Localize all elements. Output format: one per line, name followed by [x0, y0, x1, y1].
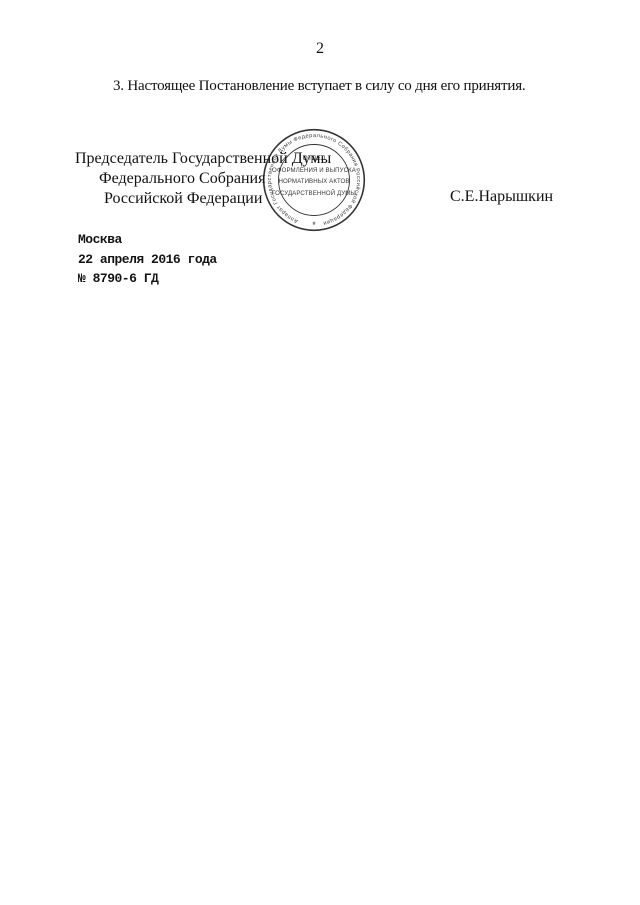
- signature-line-federal-assembly: Федерального Собрания: [99, 170, 265, 188]
- body-paragraph: 3. Настоящее Постановление вступает в си…: [113, 78, 525, 95]
- official-round-stamp: Аппарат Государственной Думы Федеральног…: [259, 125, 369, 235]
- stamp-center-line: НОРМАТИВНЫХ АКТОВ: [278, 178, 349, 185]
- document-number: № 8790-6 ГД: [78, 271, 158, 286]
- star-icon: *: [312, 220, 316, 230]
- signatory-name: С.Е.Нарышкин: [450, 188, 553, 206]
- stamp-center-line: ОФОРМЛЕНИЯ И ВЫПУСКА: [272, 167, 357, 174]
- city-label: Москва: [78, 232, 122, 247]
- document-page: 2 3. Настоящее Постановление вступает в …: [0, 0, 640, 905]
- signature-line-russian-federation: Российской Федерации: [104, 190, 262, 208]
- page-number: 2: [0, 40, 640, 58]
- date-label: 22 апреля 2016 года: [78, 252, 217, 267]
- stamp-center-line: ГОСУДАРСТВЕННОЙ ДУМЫ: [272, 189, 356, 197]
- stamp-center-line: ОТДЕЛ: [303, 155, 326, 162]
